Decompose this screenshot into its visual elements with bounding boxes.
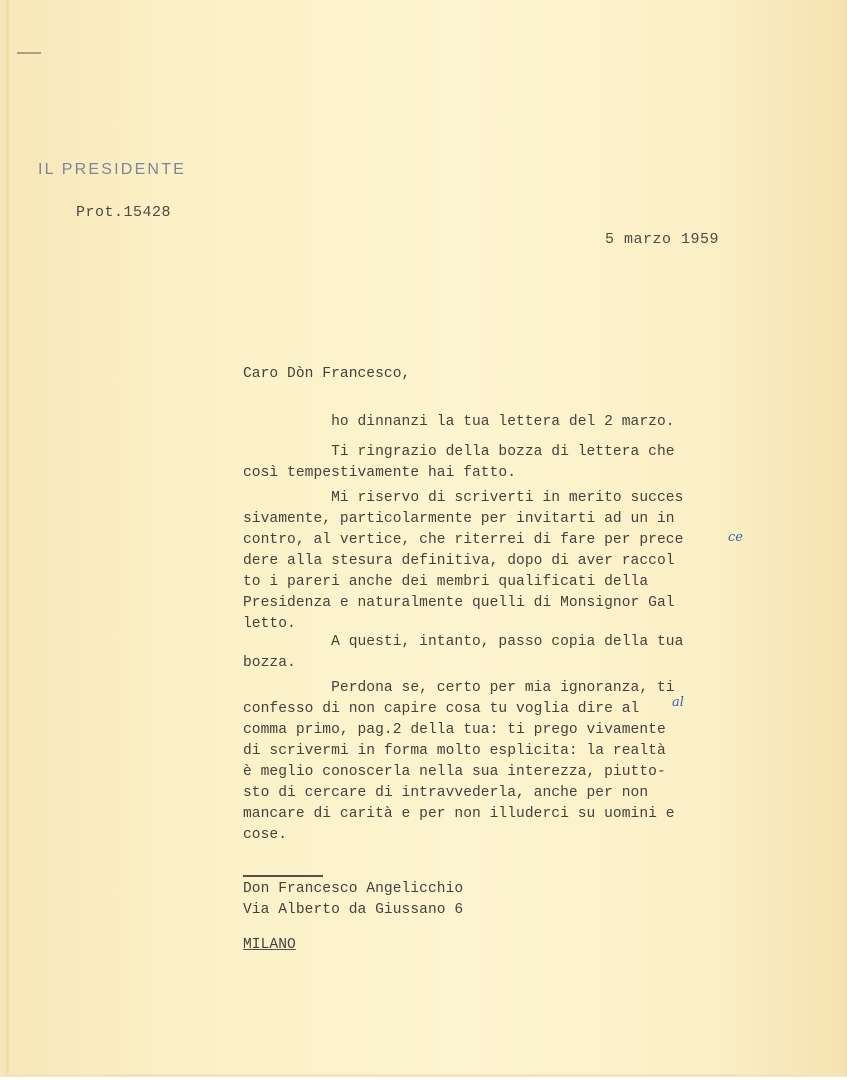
addressee-name: Don Francesco Angelicchio <box>243 881 463 897</box>
addressee-street: Via Alberto da Giussano 6 <box>243 902 463 918</box>
letter-date: 5 marzo 1959 <box>605 231 719 248</box>
salutation: Caro Dòn Francesco, <box>243 364 410 385</box>
paragraph-4: A questi, intanto, passo copia della tua… <box>243 632 683 674</box>
protocol-number: Prot.15428 <box>76 204 171 221</box>
handwritten-correction: al <box>672 695 684 710</box>
addressee-city-block: MILANO <box>243 935 296 956</box>
paragraph-1: ho dinnanzi la tua lettera del 2 marzo. <box>243 412 675 433</box>
letterhead-stamp: IL PRESIDENTE <box>38 161 186 179</box>
separator-rule <box>243 875 323 877</box>
paragraph-3: Mi riservo di scriverti in merito succes… <box>243 488 683 635</box>
addressee-block: Don Francesco Angelicchio Via Alberto da… <box>243 879 463 921</box>
paragraph-5: Perdona se, certo per mia ignoranza, ti … <box>243 678 675 846</box>
margin-mark <box>17 52 41 54</box>
handwritten-correction: ce <box>728 530 743 545</box>
addressee-city: MILANO <box>243 937 296 953</box>
letter-page: IL PRESIDENTE Prot.15428 5 marzo 1959 Ca… <box>0 0 847 1077</box>
paragraph-2: Ti ringrazio della bozza di lettera che … <box>243 442 675 484</box>
